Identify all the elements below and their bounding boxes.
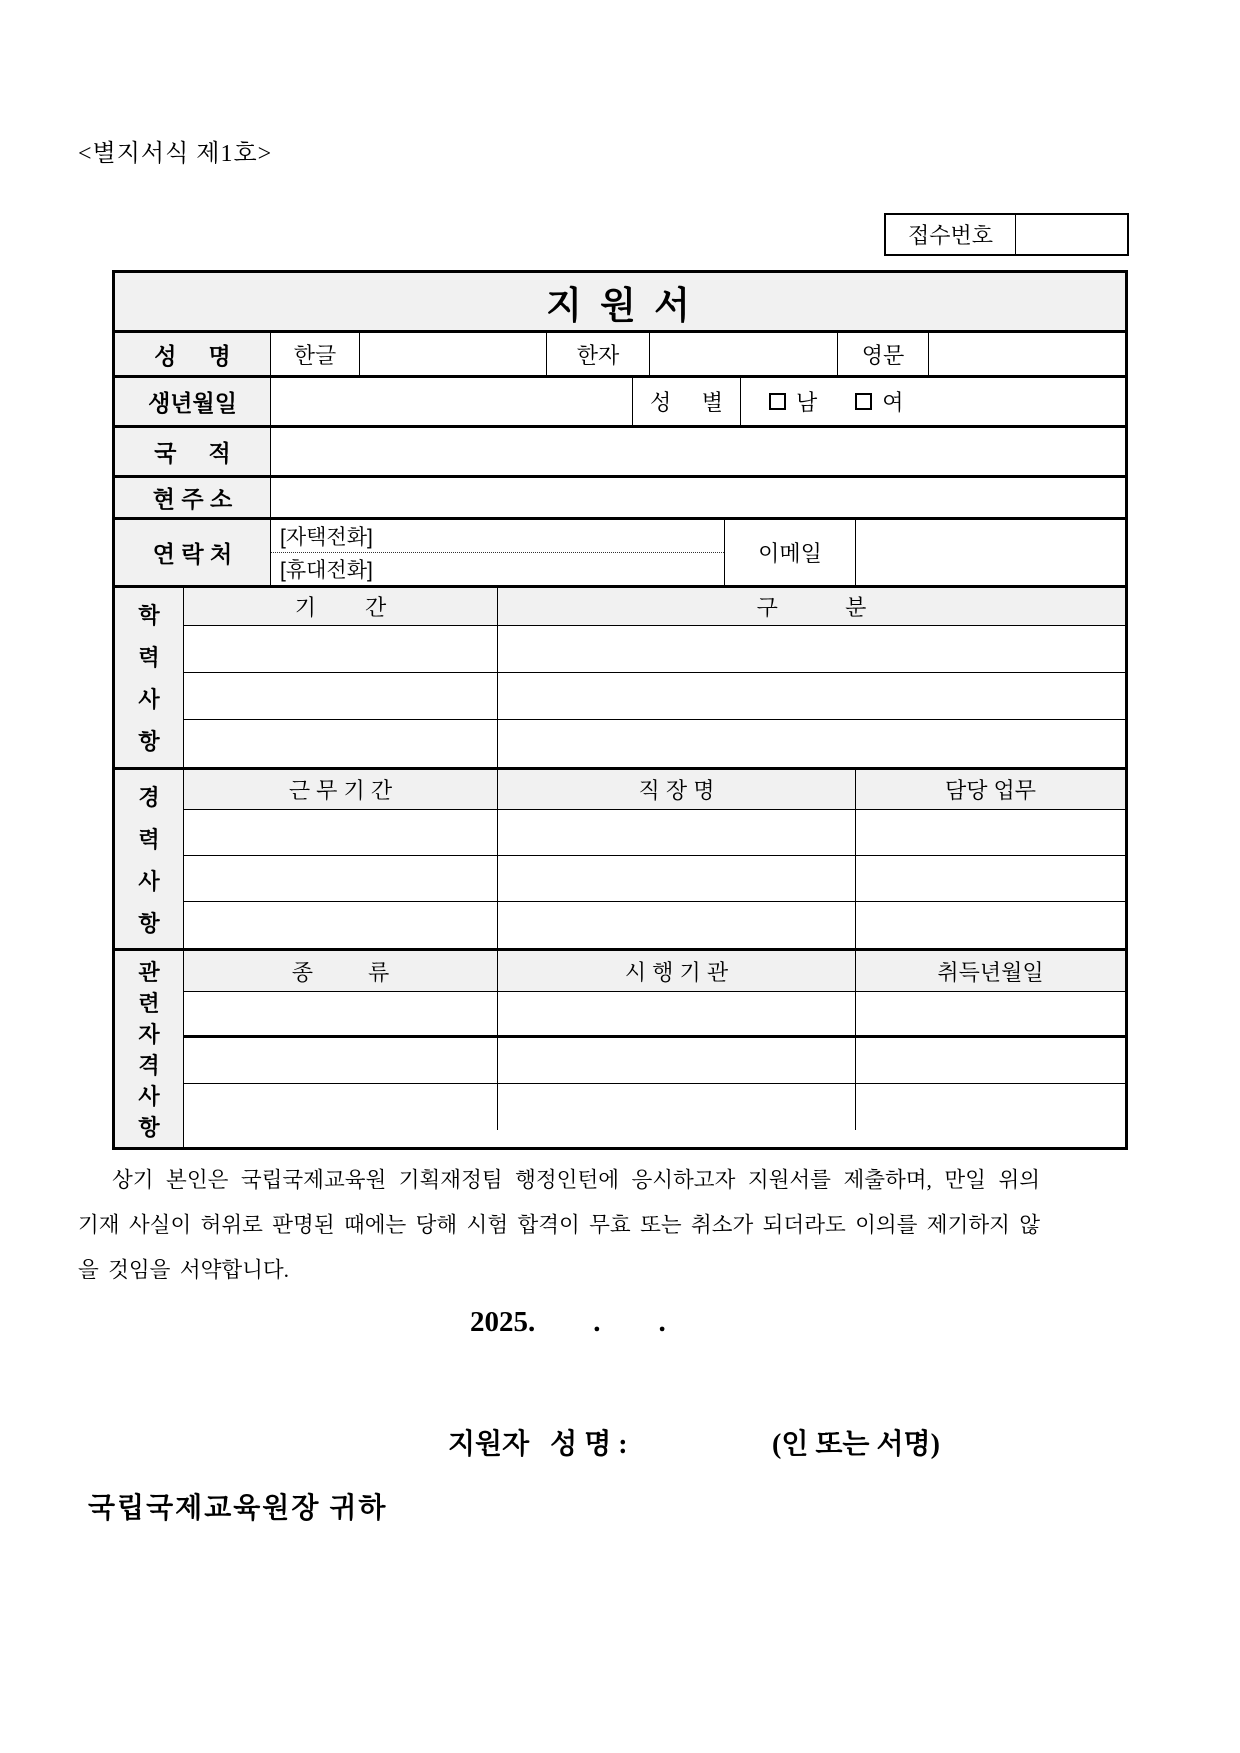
name-english-label: 영문 [838, 333, 929, 375]
name-english-field[interactable] [929, 333, 1125, 375]
address-label: 현 주 소 [115, 478, 271, 517]
certificate-type-field[interactable] [184, 1084, 498, 1130]
certificate-type-field[interactable] [184, 992, 498, 1035]
education-category-field[interactable] [498, 673, 1125, 719]
certificates-label-char: 항 [138, 1111, 159, 1142]
receipt-number-label: 접수번호 [886, 215, 1016, 254]
name-row: 성 명 한글 한자 영문 [115, 333, 1125, 378]
certificates-section: 관 련 자 격 사 항 종 류 시 행 기 관 취득년월일 [115, 951, 1125, 1147]
career-label-char: 경 [138, 781, 159, 812]
contact-row: 연 락 처 [자택전화] [휴대전화] 이메일 [115, 520, 1125, 588]
name-hangul-label: 한글 [271, 333, 360, 375]
name-label: 성 명 [115, 333, 271, 375]
form-title: 지 원 서 [546, 275, 694, 329]
career-label-char: 력 [138, 823, 159, 854]
certificates-label-char: 사 [138, 1080, 159, 1111]
career-duty-header: 담당 업무 [856, 770, 1125, 809]
gender-label: 성 별 [633, 378, 741, 425]
nationality-row: 국 적 [115, 428, 1125, 478]
career-label-char: 사 [138, 865, 159, 896]
career-company-field[interactable] [498, 856, 856, 901]
certificate-date-field[interactable] [856, 992, 1125, 1035]
career-row-1 [184, 810, 1125, 856]
career-company-field[interactable] [498, 810, 856, 855]
certificates-section-label: 관 련 자 격 사 항 [115, 951, 184, 1147]
career-period-field[interactable] [184, 902, 498, 948]
certificates-label-char: 관 [138, 956, 159, 987]
career-duty-field[interactable] [856, 810, 1125, 855]
title-row: 지 원 서 [115, 273, 1125, 333]
application-table: 지 원 서 성 명 한글 한자 영문 생년월일 성 별 남 [112, 270, 1128, 1150]
education-label-char: 학 [138, 599, 159, 630]
education-section: 학 력 사 항 기 간 구 분 [115, 588, 1125, 770]
phone-field[interactable]: [자택전화] [휴대전화] [271, 520, 725, 585]
birth-row: 생년월일 성 별 남 여 [115, 378, 1125, 428]
female-checkbox[interactable] [855, 393, 872, 410]
education-row-2 [184, 673, 1125, 720]
certificate-date-field[interactable] [856, 1084, 1125, 1130]
male-checkbox[interactable] [769, 393, 786, 410]
education-period-field[interactable] [184, 720, 498, 767]
career-company-header: 직 장 명 [498, 770, 856, 809]
recipient-line: 국립국제교육원장 귀하 [88, 1486, 387, 1526]
male-label: 남 [796, 386, 817, 417]
certificates-row-2 [184, 1038, 1125, 1084]
career-company-field[interactable] [498, 902, 856, 948]
gender-female-option[interactable]: 여 [855, 386, 903, 417]
career-header-row: 근 무 기 간 직 장 명 담당 업무 [184, 770, 1125, 810]
nationality-field[interactable] [271, 428, 1125, 475]
home-phone-label[interactable]: [자택전화] [271, 520, 724, 553]
date-line: 2025. . . [470, 1306, 666, 1339]
education-row-1 [184, 626, 1125, 673]
education-label-char: 항 [138, 725, 159, 756]
birthdate-label: 생년월일 [115, 378, 271, 425]
certificate-date-field[interactable] [856, 1038, 1125, 1083]
name-hanja-field[interactable] [650, 333, 838, 375]
nationality-label: 국 적 [115, 428, 271, 475]
name-hangul-field[interactable] [360, 333, 547, 375]
certificates-label-char: 격 [138, 1049, 159, 1080]
email-label: 이메일 [725, 520, 856, 585]
certificate-issuer-header: 시 행 기 관 [498, 951, 856, 991]
address-row: 현 주 소 [115, 478, 1125, 520]
certificates-row-3 [184, 1084, 1125, 1130]
education-label-char: 력 [138, 641, 159, 672]
female-label: 여 [882, 386, 903, 417]
receipt-number-box: 접수번호 [884, 213, 1129, 256]
education-section-label: 학 력 사 항 [115, 588, 184, 767]
application-form-page: <별지서식 제1호> 접수번호 지 원 서 성 명 한글 한자 영문 생년월일 … [0, 0, 1240, 1753]
form-note: <별지서식 제1호> [78, 133, 272, 168]
seal-or-signature-note: (인 또는 서명) [772, 1422, 940, 1462]
career-duty-field[interactable] [856, 856, 1125, 901]
certificate-type-field[interactable] [184, 1038, 498, 1083]
certificate-date-header: 취득년월일 [856, 951, 1125, 991]
certificate-type-header: 종 류 [184, 951, 498, 991]
education-category-field[interactable] [498, 720, 1125, 767]
career-section-label: 경 력 사 항 [115, 770, 184, 948]
contact-label: 연 락 처 [115, 520, 271, 585]
career-period-header: 근 무 기 간 [184, 770, 498, 809]
career-label-char: 항 [138, 907, 159, 938]
address-field[interactable] [271, 478, 1125, 517]
gender-field: 남 여 [741, 378, 1125, 425]
certificate-issuer-field[interactable] [498, 992, 856, 1035]
certificates-header-row: 종 류 시 행 기 관 취득년월일 [184, 951, 1125, 992]
birthdate-field[interactable] [271, 378, 633, 425]
name-hanja-label: 한자 [547, 333, 650, 375]
education-header-row: 기 간 구 분 [184, 588, 1125, 626]
education-period-field[interactable] [184, 673, 498, 719]
education-label-char: 사 [138, 683, 159, 714]
education-period-field[interactable] [184, 626, 498, 672]
career-section: 경 력 사 항 근 무 기 간 직 장 명 담당 업무 [115, 770, 1125, 951]
pledge-paragraph: 상기 본인은 국립국제교육원 기획재정팀 행정인턴에 응시하고자 지원서를 제출… [78, 1158, 1040, 1293]
career-duty-field[interactable] [856, 902, 1125, 948]
certificates-label-char: 자 [138, 1018, 159, 1049]
gender-male-option[interactable]: 남 [769, 386, 817, 417]
career-row-2 [184, 856, 1125, 902]
email-field[interactable] [856, 520, 1125, 585]
certificate-issuer-field[interactable] [498, 1084, 856, 1130]
certificates-label-char: 련 [138, 987, 159, 1018]
certificates-row-1 [184, 992, 1125, 1038]
education-period-header: 기 간 [184, 588, 498, 625]
certificate-issuer-field[interactable] [498, 1038, 856, 1083]
career-period-field[interactable] [184, 810, 498, 855]
mobile-phone-label[interactable]: [휴대전화] [271, 553, 724, 585]
education-category-header: 구 분 [498, 588, 1125, 625]
career-period-field[interactable] [184, 856, 498, 901]
education-category-field[interactable] [498, 626, 1125, 672]
applicant-name-label: 지원자 성 명 : [448, 1422, 628, 1462]
career-row-3 [184, 902, 1125, 948]
receipt-number-field[interactable] [1016, 215, 1127, 254]
education-row-3 [184, 720, 1125, 767]
